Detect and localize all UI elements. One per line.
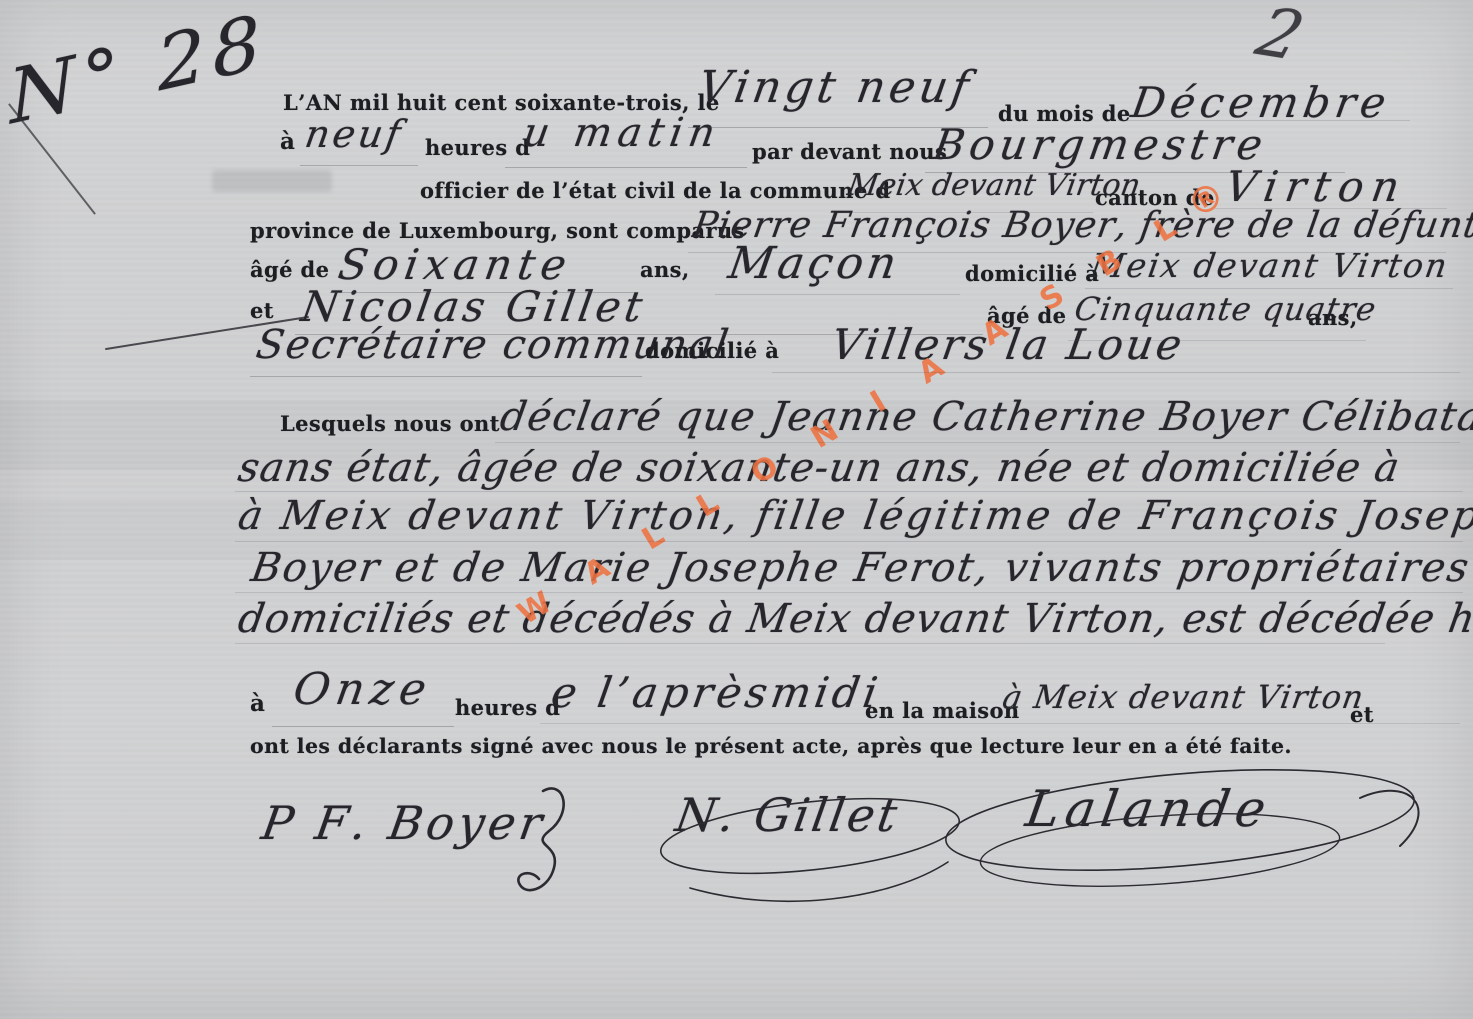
signature-gillet-flourish: [630, 792, 970, 932]
hw-declaration-4: Boyer et de Marie Josephe Ferot, vivants…: [248, 545, 1473, 591]
ruled-line: [235, 491, 1463, 492]
hw-declaration-3: à Meix devant Virton, fille légitime de …: [235, 493, 1473, 539]
corner-mark: 2: [1248, 0, 1313, 76]
printed-et: et: [250, 298, 274, 323]
ruled-line: [845, 212, 1093, 213]
printed-ans-1: ans,: [640, 257, 690, 282]
hw-apresmidi: e l’aprèsmidi: [548, 668, 885, 717]
ruled-line: [235, 643, 1385, 644]
ruled-line: [1118, 120, 1410, 121]
ruled-line: [250, 376, 642, 377]
printed-par-devant-nous: par devant nous: [752, 139, 947, 164]
printed-ans-2: ans,: [1308, 305, 1358, 330]
ruled-line: [688, 127, 988, 128]
ruled-line: [505, 167, 747, 168]
printed-age-de-1: âgé de: [250, 257, 329, 282]
printed-closing-clause: ont les déclarants signé avec nous le pr…: [250, 734, 1292, 758]
hw-day: Vingt neuf: [695, 62, 976, 113]
ruled-line: [235, 592, 1463, 593]
bleedthrough-smudge: [212, 170, 332, 192]
ruled-line: [295, 334, 983, 335]
ruled-line: [925, 172, 1345, 173]
printed-heures-d-2: heures d: [455, 695, 560, 720]
ruled-line: [1085, 288, 1453, 289]
signature-boyer-paraphe: [505, 785, 585, 905]
ruled-line: [1215, 208, 1447, 209]
hw-matin: u matin: [520, 110, 724, 156]
ruled-line: [300, 165, 418, 166]
hw-declaration-5: domiciliés et décédés à Meix devant Virt…: [235, 596, 1473, 642]
printed-heures-d: heures d: [425, 135, 530, 160]
printed-domicilie-a-2: domicilié à: [645, 338, 779, 363]
ruled-line: [1068, 340, 1366, 341]
ruled-line: [495, 442, 1460, 443]
hw-hour: neuf: [302, 112, 406, 156]
ruled-line: [688, 252, 1446, 253]
ruled-line: [272, 726, 454, 727]
printed-lesquels: Lesquels nous ont: [280, 411, 500, 436]
ruled-line: [540, 723, 1460, 724]
printed-a: à: [280, 128, 295, 155]
ruled-line: [235, 541, 1463, 542]
margin-act-number: N° 28: [6, 0, 270, 141]
hw-death-hour: Onze: [290, 664, 436, 715]
printed-en-la-maison: en la maison: [865, 698, 1020, 723]
printed-officier-clause: officier de l’état civil de la commune d: [420, 178, 890, 203]
death-record-scan: N° 28 2 L’AN mil huit cent soixante-troi…: [0, 0, 1473, 1019]
printed-a-2: à: [250, 690, 265, 717]
hw-profession1: Maçon: [725, 238, 904, 289]
hw-canton: Virton: [1222, 162, 1411, 211]
ruled-line: [715, 294, 960, 295]
signature-lalande-flourish: [930, 768, 1450, 928]
hw-death-place: à Meix devant Virton: [1000, 678, 1367, 716]
ruled-line: [330, 292, 638, 293]
ruled-line: [772, 372, 1460, 373]
hw-declaration-1: déclaré que Jeanne Catherine Boyer Célib…: [497, 394, 1473, 440]
